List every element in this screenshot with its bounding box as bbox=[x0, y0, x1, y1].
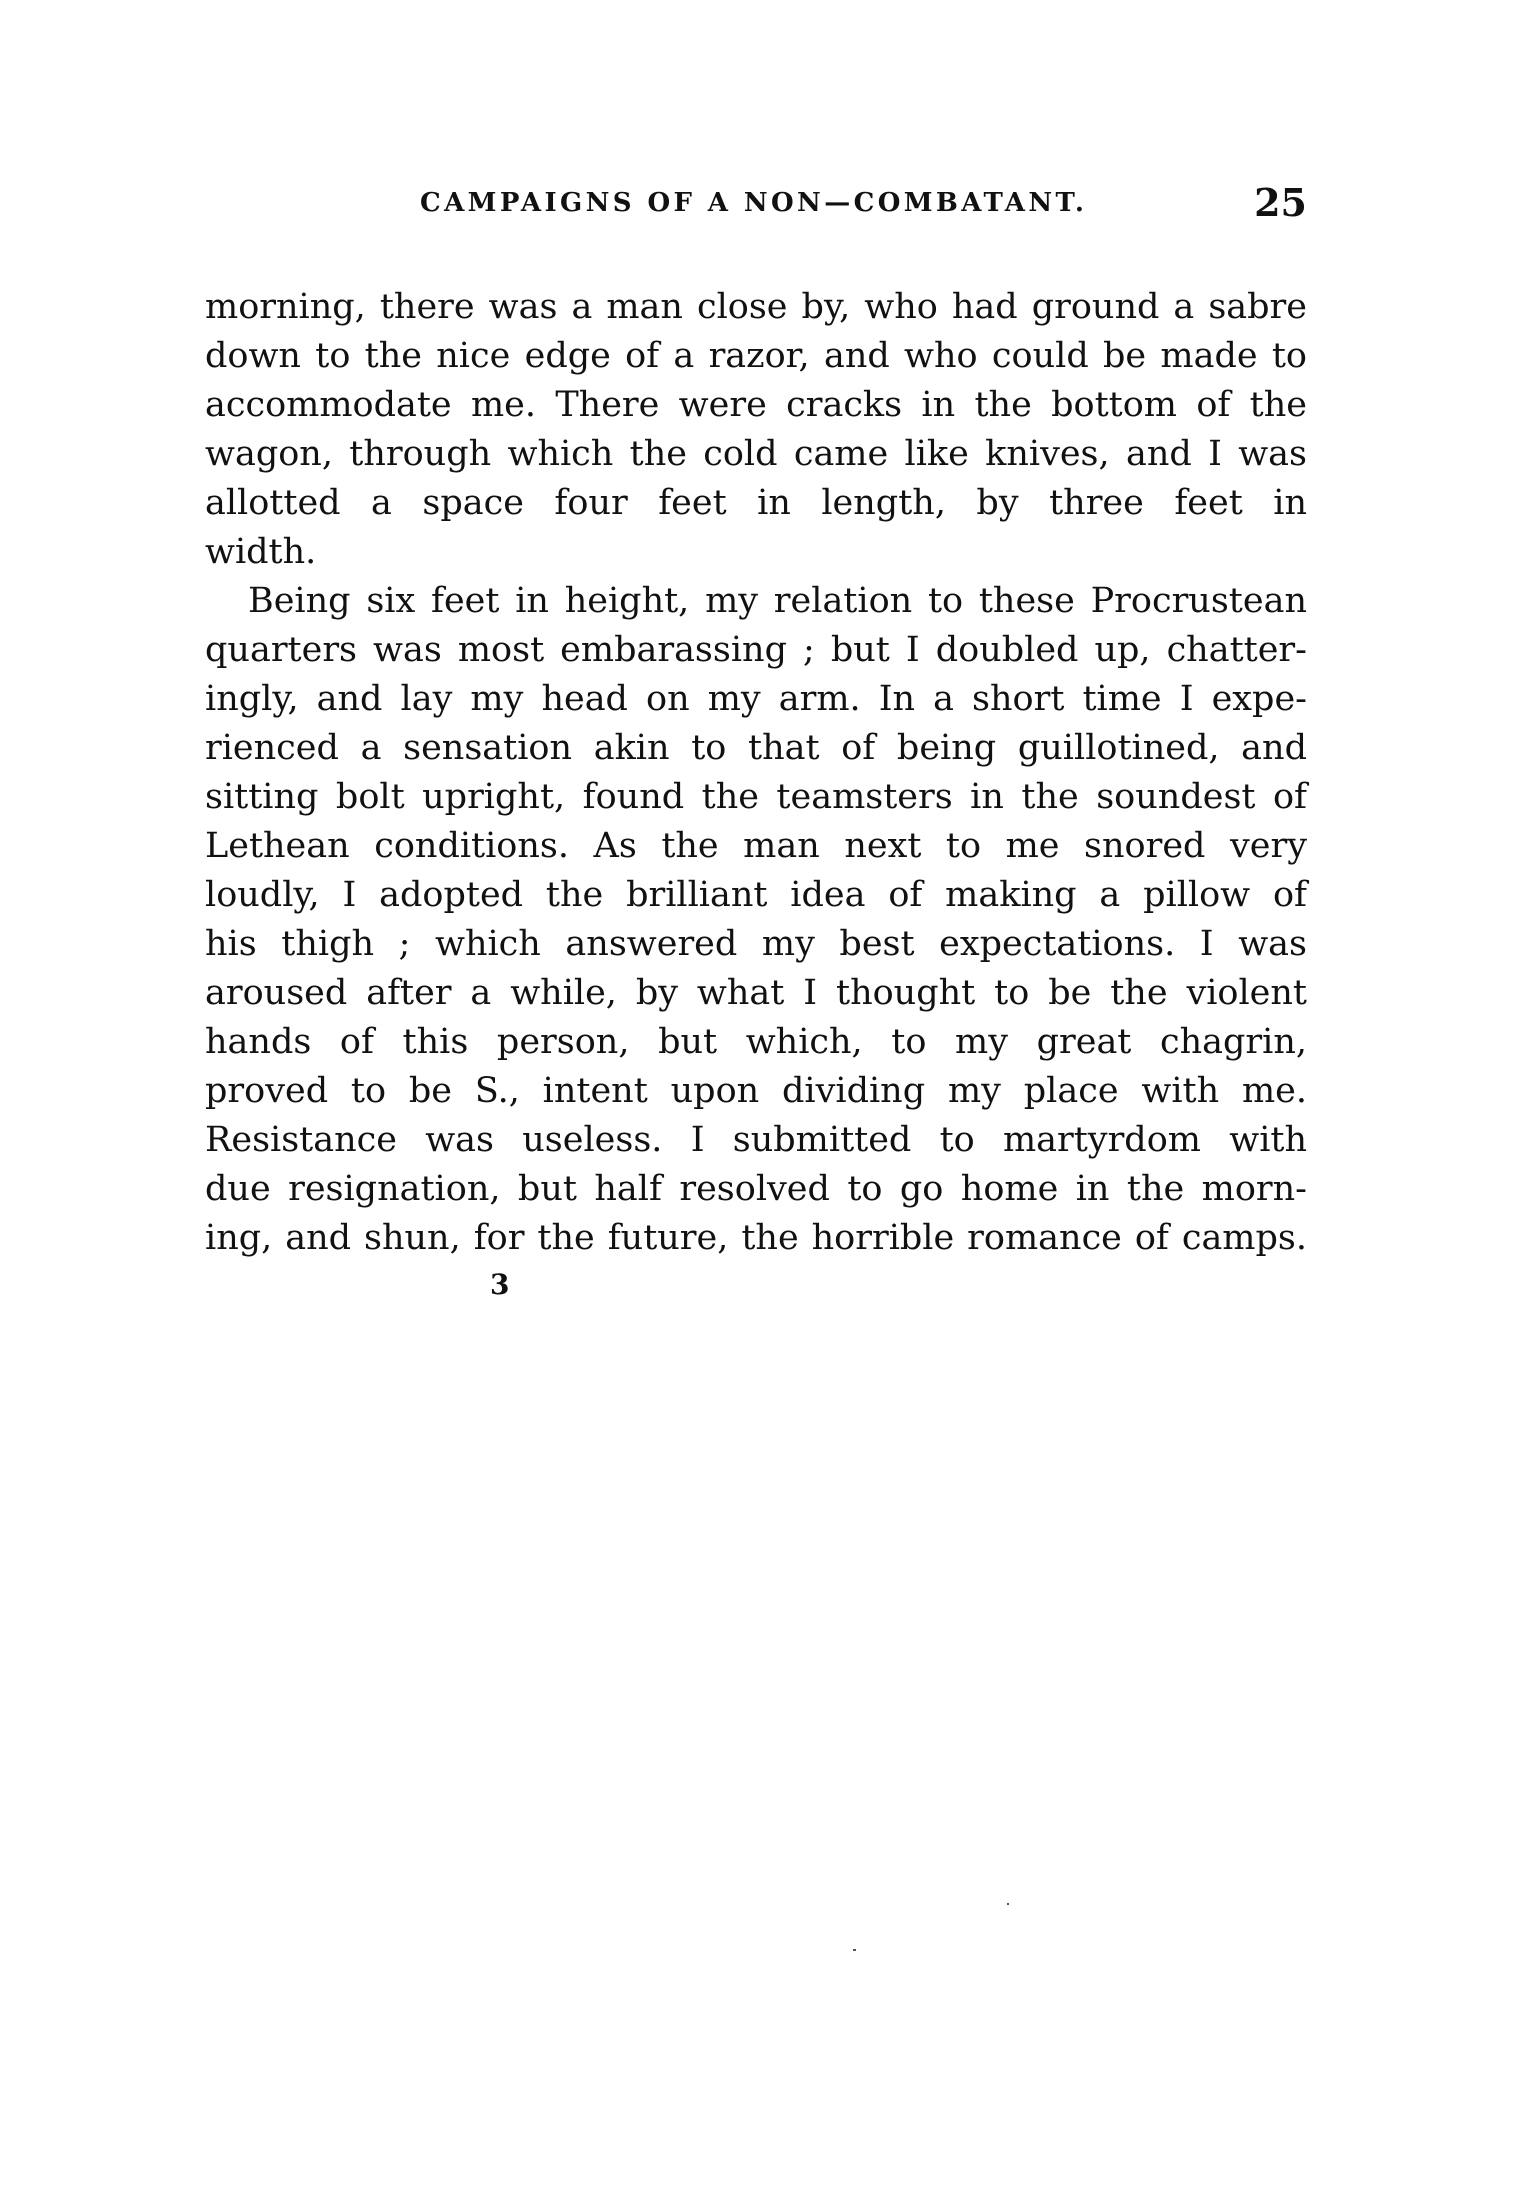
text-line: accommodate me. There were cracks in the… bbox=[205, 381, 1307, 430]
running-head: CAMPAIGNS OF A NON—COMBATANT. 25 bbox=[205, 180, 1307, 224]
text-line: quarters was most embarassing ; but I do… bbox=[205, 626, 1307, 675]
text-line: wagon, through which the cold came like … bbox=[205, 430, 1307, 479]
text-line: allotted a space four feet in length, by… bbox=[205, 479, 1307, 528]
text-line: Lethean conditions. As the man next to m… bbox=[205, 822, 1307, 871]
text-line: his thigh ; which answered my best expec… bbox=[205, 920, 1307, 969]
scan-speck bbox=[1007, 1903, 1009, 1905]
text-line: due resignation, but half resolved to go… bbox=[205, 1165, 1307, 1214]
text-line: ing, and shun, for the future, the horri… bbox=[205, 1214, 1307, 1263]
scan-speck bbox=[853, 1949, 856, 1951]
text-line: hands of this person, but which, to my g… bbox=[205, 1018, 1307, 1067]
text-line: width. bbox=[205, 528, 1307, 577]
text-line: ingly, and lay my head on my arm. In a s… bbox=[205, 675, 1307, 724]
signature-mark: 3 bbox=[490, 1268, 509, 1301]
text-line: proved to be S., intent upon dividing my… bbox=[205, 1067, 1307, 1116]
text-line: aroused after a while, by what I thought… bbox=[205, 969, 1307, 1018]
paragraph-first-line: Being six feet in height, my relation to… bbox=[205, 577, 1307, 626]
text-line: loudly, I adopted the brilliant idea of … bbox=[205, 871, 1307, 920]
text-line: rienced a sensation akin to that of bein… bbox=[205, 724, 1307, 773]
text-line: Resistance was useless. I submitted to m… bbox=[205, 1116, 1307, 1165]
book-page: CAMPAIGNS OF A NON—COMBATANT. 25 morning… bbox=[0, 0, 1527, 2197]
text-line: morning, there was a man close by, who h… bbox=[205, 283, 1307, 332]
page-number: 25 bbox=[1254, 180, 1307, 225]
text-line: sitting bolt upright, found the teamster… bbox=[205, 773, 1307, 822]
text-line: down to the nice edge of a razor, and wh… bbox=[205, 332, 1307, 381]
running-title: CAMPAIGNS OF A NON—COMBATANT. bbox=[420, 188, 1087, 218]
body-text: morning, there was a man close by, who h… bbox=[205, 283, 1307, 1263]
